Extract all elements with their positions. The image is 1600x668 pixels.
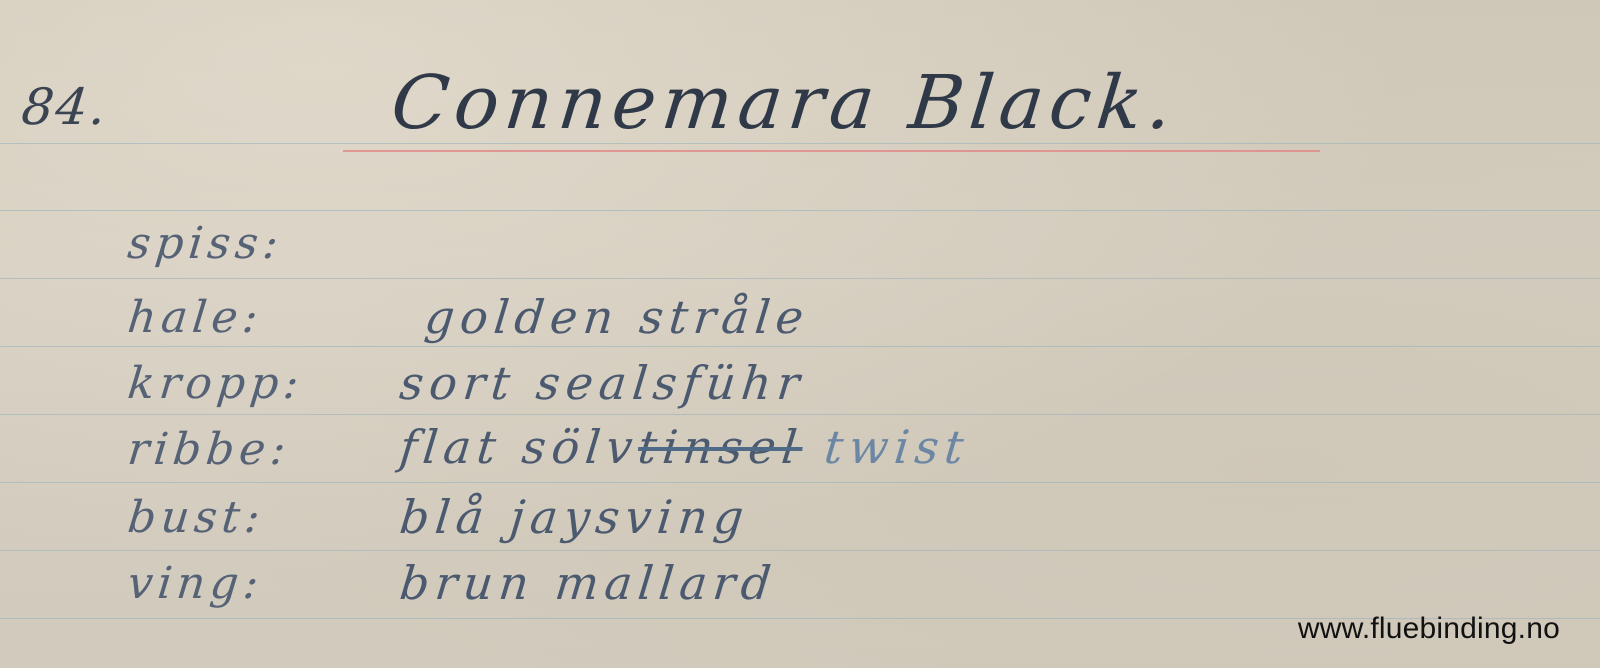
ruled-line bbox=[0, 414, 1600, 415]
value-kropp: sort sealsführ bbox=[397, 356, 808, 410]
value-ribbe-correction: twist bbox=[822, 420, 972, 474]
label-spiss: spiss: bbox=[125, 218, 285, 269]
label-ribbe: ribbe: bbox=[125, 424, 293, 475]
label-bust: bust: bbox=[125, 492, 267, 543]
value-ving: brun mallard bbox=[397, 556, 779, 610]
ruled-line bbox=[0, 346, 1600, 347]
fly-pattern-title: Connemara Black. bbox=[387, 60, 1182, 146]
notebook-page: 84. Connemara Black. spiss: hale: golden… bbox=[0, 0, 1600, 668]
ruled-line bbox=[0, 550, 1600, 551]
value-ribbe: flat sölvtinseltwist bbox=[397, 420, 972, 474]
value-bust: blå jaysving bbox=[397, 490, 752, 544]
value-ribbe-prefix: flat sölv bbox=[397, 420, 641, 474]
label-ving: ving: bbox=[125, 558, 266, 609]
ruled-line bbox=[0, 482, 1600, 483]
title-underline bbox=[343, 150, 1320, 152]
ruled-line bbox=[0, 210, 1600, 211]
website-watermark: www.fluebinding.no bbox=[1298, 612, 1560, 646]
label-hale: hale: bbox=[125, 292, 265, 343]
value-hale: golden stråle bbox=[422, 290, 812, 344]
entry-number: 84. bbox=[19, 78, 111, 136]
value-ribbe-struck-word: tinsel bbox=[635, 420, 805, 474]
ruled-line bbox=[0, 278, 1600, 279]
label-kropp: kropp: bbox=[125, 358, 306, 409]
